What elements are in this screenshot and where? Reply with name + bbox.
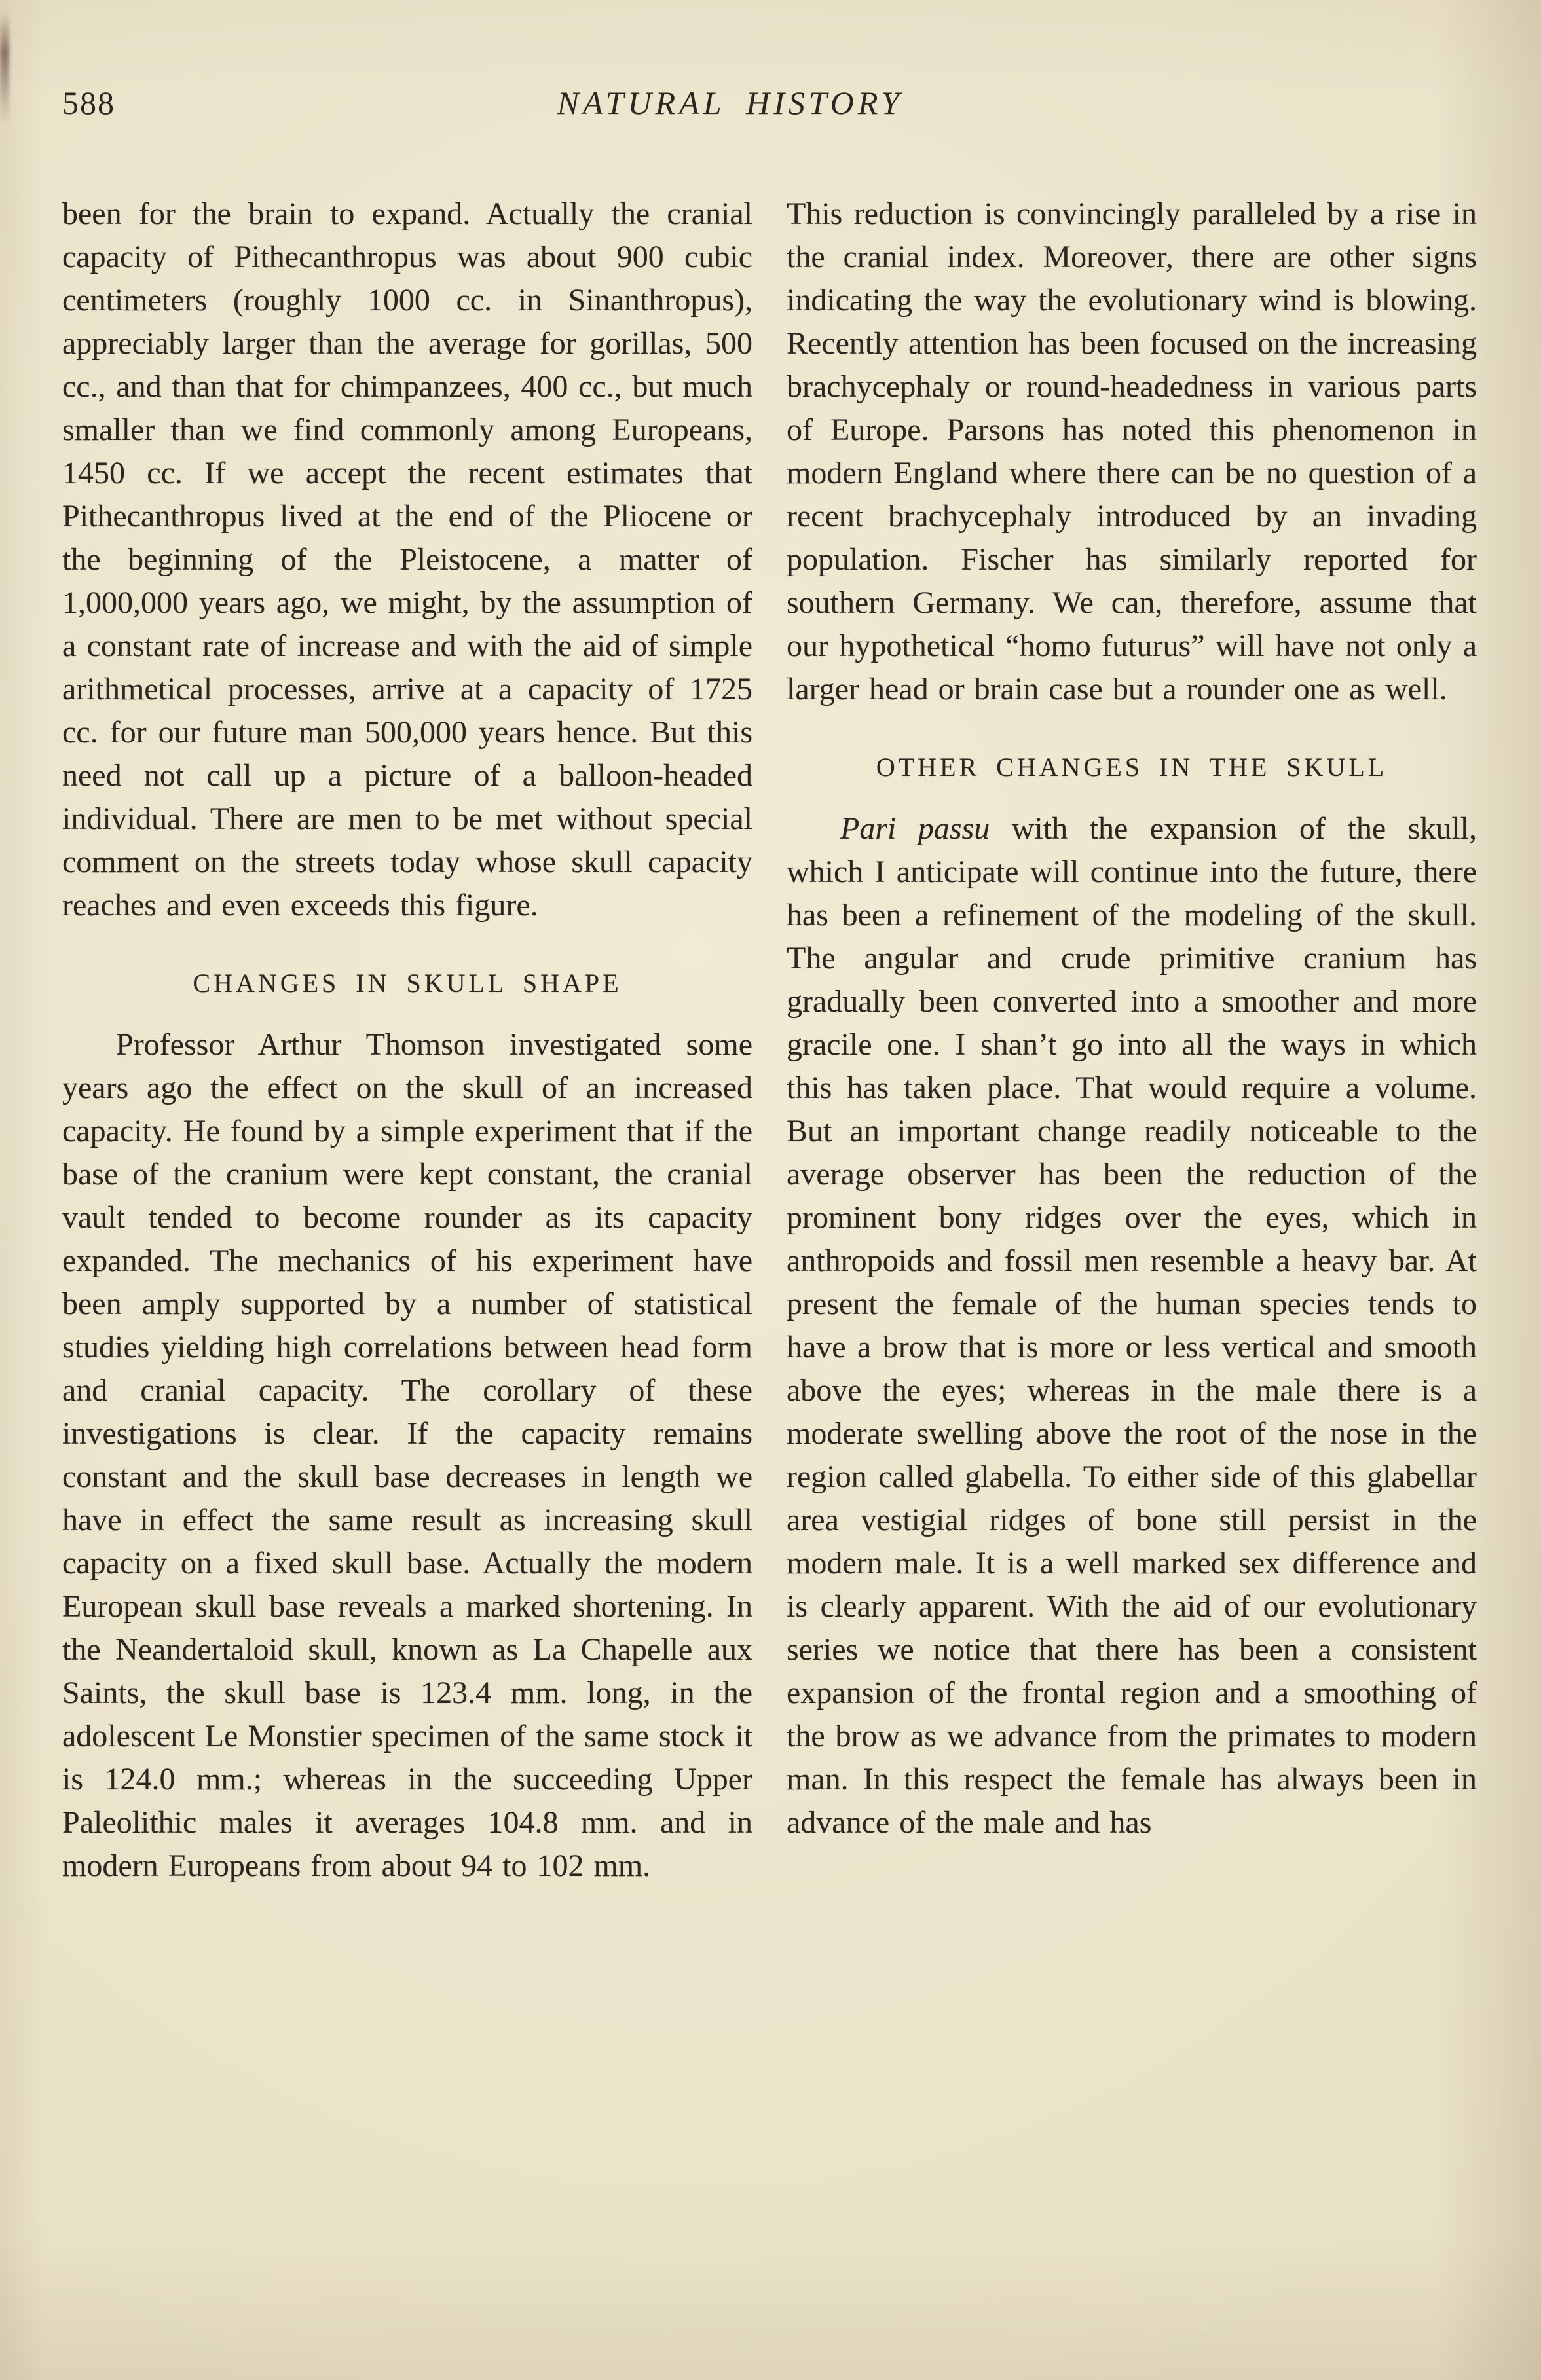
paragraph-skull-refinement-text: with the expansion of the skull, which I…: [787, 811, 1477, 1840]
latin-phrase-pari-passu: Pari passu: [840, 811, 990, 846]
left-column: been for the brain to expand. Actually t…: [62, 192, 752, 1888]
paragraph-skull-refinement: Pari passu with the expansion of the sku…: [787, 807, 1477, 1844]
paragraph-cranial-index: This reduction is convincingly parallele…: [787, 192, 1477, 711]
page-number: 588: [62, 84, 115, 122]
running-head: 588 NATURAL HISTORY: [62, 84, 1477, 122]
two-column-text-block: been for the brain to expand. Actually t…: [62, 192, 1477, 1888]
book-page: 588 NATURAL HISTORY been for the brain t…: [0, 0, 1541, 2380]
scan-edge-shadow: [0, 13, 9, 124]
section-heading-other-changes-in-the-skull: OTHER CHANGES IN THE SKULL: [787, 752, 1477, 782]
paragraph-cranial-capacity: been for the brain to expand. Actually t…: [62, 192, 752, 927]
right-column: This reduction is convincingly parallele…: [787, 192, 1477, 1888]
journal-title: NATURAL HISTORY: [557, 84, 904, 122]
paragraph-thomson-experiment: Professor Arthur Thomson investigated so…: [62, 1023, 752, 1888]
section-heading-changes-in-skull-shape: CHANGES IN SKULL SHAPE: [62, 968, 752, 998]
